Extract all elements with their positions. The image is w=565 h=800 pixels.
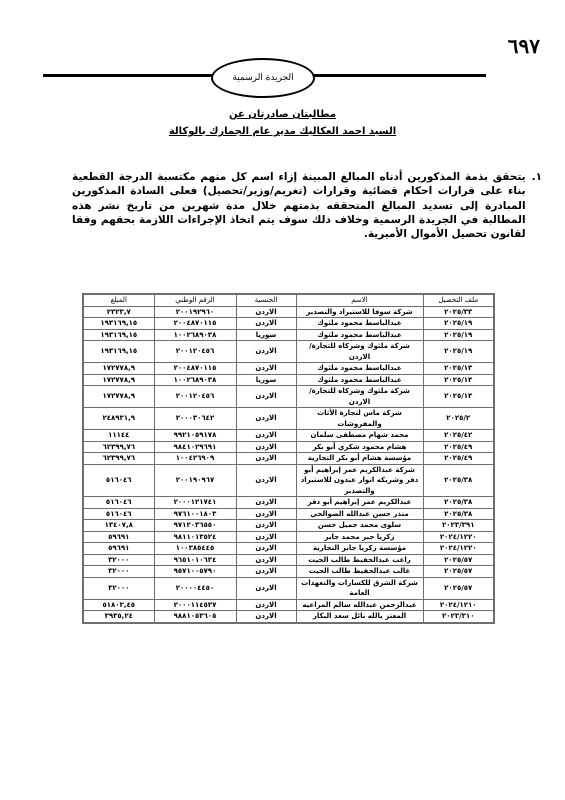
- cell-national-id: ٢٠٠١٢٠٤٥٦: [154, 386, 236, 408]
- cell-amount: ١١١٤٤: [83, 430, 154, 442]
- cell-name: محمد شهام مصطفى سلمان: [296, 430, 423, 442]
- table-row: ٢٠٢٤/١٢٢٠زكريا جبر محمد جابرالاردن٩٨١١٠١…: [83, 531, 494, 543]
- cell-amount: ١٩٣١٦٩,١٥: [83, 341, 154, 363]
- cell-nationality: الاردن: [236, 543, 296, 555]
- cell-nationality: الاردن: [236, 599, 296, 611]
- table-body: ٢٠٢٥/٣٣شركة سوفا للاستيراد والتصديرالارد…: [83, 306, 494, 623]
- cell-nationality: الاردن: [236, 408, 296, 430]
- notice-paragraph: ١. يتحقق بذمة المذكورين أدناه المبالغ ال…: [72, 170, 542, 241]
- cell-amount: ١٣٤٠٧,٨: [83, 520, 154, 532]
- cell-nationality: الاردن: [236, 341, 296, 363]
- cell-amount: ١٧٢٧٧٨,٩: [83, 374, 154, 386]
- cell-national-id: ٢٠٠٤٨٧٠١١٥: [154, 318, 236, 330]
- cell-national-id: ١٠٠٣٨٥٤٤٥: [154, 543, 236, 555]
- cell-national-id: ١٠٠٢٦٨٩٠٣٨: [154, 329, 236, 341]
- table-row: ٢٠٢٥/٣٨شركة عبدالكريم عمر إبراهيم أبو دق…: [83, 464, 494, 497]
- cell-name: شركة عبدالكريم عمر إبراهيم أبو دقر وشريك…: [296, 464, 423, 497]
- cell-amount: ٢٣٢٣,٧: [83, 306, 154, 318]
- cell-national-id: ٢٠٠١٩٢٩٦٠: [154, 306, 236, 318]
- cell-name: عبدالباسط محمود ملثوك: [296, 318, 423, 330]
- cell-nationality: الاردن: [236, 306, 296, 318]
- table-row: ٢٠٢٤/١٢١٠عبدالرحمن عبدالله سالم المراعيه…: [83, 599, 494, 611]
- header-name: الاسم: [296, 294, 423, 306]
- cell-amount: ١٧٢٧٧٨,٩: [83, 363, 154, 375]
- cell-national-id: ٢٠٠١٩٠٩٦٧: [154, 464, 236, 497]
- cell-nationality: الاردن: [236, 441, 296, 453]
- header-nationality: الجنسية: [236, 294, 296, 306]
- cell-name: مؤسسة زكريا جابر التجارية: [296, 543, 423, 555]
- cell-amount: ١٧٢٧٧٨,٩: [83, 386, 154, 408]
- cell-national-id: ١٠٠٢٦٨٩٠٣٨: [154, 374, 236, 386]
- cell-name: عبدالكريم عمر إبراهيم أبو دقر: [296, 497, 423, 509]
- cell-national-id: ٢٠٠١٢٠٤٥٦: [154, 341, 236, 363]
- cell-nationality: الاردن: [236, 453, 296, 465]
- table-row: ٢٠٢٥/٥٧راغب عبدالحفيظ طالب الحيتالاردن٩٦…: [83, 554, 494, 566]
- cell-name: مؤسسة هشام أبو بكر التجارية: [296, 453, 423, 465]
- cell-name: عبدالرحمن عبدالله سالم المراعيه: [296, 599, 423, 611]
- cell-amount: ٣٢٠٠٠: [83, 554, 154, 566]
- table-row: ٢٠٢٥/٣٨عبدالكريم عمر إبراهيم أبو دقرالار…: [83, 497, 494, 509]
- table-row: ٢٠٢٥/١٩عبدالباسط محمود ملثوكالاردن٢٠٠٤٨٧…: [83, 318, 494, 330]
- table-row: ٢٠٢٥/٥٧غالب عبدالحفيظ طالب الحيتالاردن٩٥…: [83, 566, 494, 578]
- cell-file: ٢٠٢٥/١٩: [423, 341, 494, 363]
- cell-name: عبدالباسط محمود ملثوك: [296, 329, 423, 341]
- cell-name: منذر حسن عبدالله الصوالحي: [296, 508, 423, 520]
- table-row: ٢٠٢٥/٤٩مؤسسة هشام أبو بكر التجاريةالاردن…: [83, 453, 494, 465]
- table-row: ٢٠٢٥/٤٩هشام محمود شكري أبو بكرالاردن٩٨٤١…: [83, 441, 494, 453]
- cell-file: ٢٠٢٥/٤٢: [423, 430, 494, 442]
- table-row: ٢٠٢٥/٤٢محمد شهام مصطفى سلمانالاردن٩٩٢١٠٥…: [83, 430, 494, 442]
- notice-number: ١.: [532, 170, 542, 241]
- header-file: ملف التحصيل: [423, 294, 494, 306]
- cell-file: ٢٠٢٤/١٢١٠: [423, 599, 494, 611]
- claims-table: ملف التحصيل الاسم الجنسية الرقم الوطني ا…: [82, 293, 495, 624]
- gazette-label-oval: الجريدة الرسمية: [211, 58, 315, 98]
- cell-name: زكريا جبر محمد جابر: [296, 531, 423, 543]
- cell-national-id: ١٠٠٤٢٦٩٠٩: [154, 453, 236, 465]
- cell-name: هشام محمود شكري أبو بكر: [296, 441, 423, 453]
- cell-file: ٢٠٢٥/٣٣: [423, 306, 494, 318]
- notice-issuer: السيد احمد العكاليك مدير عام الجمارك بال…: [0, 126, 565, 137]
- table-row: ٢٠٢٥/٣٨منذر حسن عبدالله الصوالحيالاردن٩٧…: [83, 508, 494, 520]
- cell-name: شركة ملثوك وشركاه للتجارة/ الاردن: [296, 386, 423, 408]
- table-row: ٢٠٢٣/٣١٠المعتز بالله نائل سعد البكارالار…: [83, 611, 494, 623]
- cell-nationality: الاردن: [236, 386, 296, 408]
- cell-name: غالب عبدالحفيظ طالب الحيت: [296, 566, 423, 578]
- cell-file: ٢٠٢٥/٥٧: [423, 577, 494, 599]
- cell-amount: ٥١٦٠٤٦: [83, 497, 154, 509]
- table-row: ٢٠٢٥/١٩شركة ملثوك وشركاه للتجارة/ الاردن…: [83, 341, 494, 363]
- cell-file: ٢٠٢٥/٣٨: [423, 508, 494, 520]
- cell-amount: ٣٩٣٥,٢٤: [83, 611, 154, 623]
- table-row: ٢٠٢٥/١٩عبدالباسط محمود ملثوكسوريا١٠٠٢٦٨٩…: [83, 329, 494, 341]
- cell-file: ٢٠٢٥/١٩: [423, 318, 494, 330]
- cell-national-id: ٩٧٦١٠٠١٨٠٣: [154, 508, 236, 520]
- cell-nationality: الاردن: [236, 508, 296, 520]
- cell-national-id: ٩٨٨١٠٥٣٦٠٥: [154, 611, 236, 623]
- cell-national-id: ٩٦٥١٠١٠٦٣٤: [154, 554, 236, 566]
- cell-name: شركة سوفا للاستيراد والتصدير: [296, 306, 423, 318]
- cell-national-id: ٩٩٢١٠٥٩١٧٨: [154, 430, 236, 442]
- notice-title: مطالبتان صادرتان عن: [0, 109, 565, 120]
- cell-file: ٢٠٢٥/١٣: [423, 386, 494, 408]
- page-number: ٦٩٧: [470, 34, 540, 58]
- cell-national-id: ٢٠٠٠١١٤٥٣٧: [154, 599, 236, 611]
- cell-file: ٢٠٢٤/١٢٢٠: [423, 531, 494, 543]
- cell-file: ٢٠٢٣/٣١٠: [423, 611, 494, 623]
- table-row: ٢٠٢٥/١٣شركة ملثوك وشركاه للتجارة/ الاردن…: [83, 386, 494, 408]
- gazette-label: الجريدة الرسمية: [232, 73, 293, 83]
- cell-nationality: الاردن: [236, 611, 296, 623]
- cell-amount: ٦٢٣٩٩,٧٦: [83, 441, 154, 453]
- cell-nationality: الاردن: [236, 318, 296, 330]
- cell-amount: ١٩٣١٦٩,١٥: [83, 329, 154, 341]
- cell-file: ٢٠٢٥/١٣: [423, 363, 494, 375]
- cell-name: شركة الشرق للكسارات والتعهدات العامة: [296, 577, 423, 599]
- cell-amount: ٥٩٦٩١: [83, 543, 154, 555]
- cell-nationality: الاردن: [236, 577, 296, 599]
- cell-name: سلوى محمد جميل حسن: [296, 520, 423, 532]
- cell-national-id: ٢٠٠٠١٢١٧٤١: [154, 497, 236, 509]
- cell-amount: ٥١٦٠٤٦: [83, 464, 154, 497]
- cell-file: ٢٠٢٥/٤٩: [423, 453, 494, 465]
- cell-name: عبدالباسط محمود ملثوك: [296, 374, 423, 386]
- cell-name: راغب عبدالحفيظ طالب الحيت: [296, 554, 423, 566]
- cell-national-id: ٢٠٠٠٣٠٦٤٢: [154, 408, 236, 430]
- cell-file: ٢٠٢٥/٣٨: [423, 464, 494, 497]
- cell-name: شركة ملثوك وشركاه للتجارة/ الاردن: [296, 341, 423, 363]
- cell-file: ٢٠٢٥/٢: [423, 408, 494, 430]
- cell-file: ٢٠٢٥/٥٧: [423, 566, 494, 578]
- cell-file: ٢٠٢٥/٤٩: [423, 441, 494, 453]
- cell-file: ٢٠٢٥/١٣: [423, 374, 494, 386]
- cell-amount: ٥١٨٠٣,٤٥: [83, 599, 154, 611]
- header-amount: المبلغ: [83, 294, 154, 306]
- cell-nationality: سوريا: [236, 329, 296, 341]
- cell-nationality: الاردن: [236, 497, 296, 509]
- cell-national-id: ٩٨١١٠١٣٥٢٤: [154, 531, 236, 543]
- cell-national-id: ٢٠٠٠٠٤٤٥٠: [154, 577, 236, 599]
- cell-amount: ٣٢٠٠٠: [83, 566, 154, 578]
- cell-nationality: الاردن: [236, 363, 296, 375]
- cell-file: ٢٠٢٥/٥٧: [423, 554, 494, 566]
- cell-national-id: ٩٨٤١٠٢٩٦٩١: [154, 441, 236, 453]
- cell-file: ٢٠٢٣/٣٩١: [423, 520, 494, 532]
- cell-name: عبدالباسط محمود ملثوك: [296, 363, 423, 375]
- table-row: ٢٠٢٥/٢شركة ماس لتجارة الأثاث والمفروشاتا…: [83, 408, 494, 430]
- cell-file: ٢٠٢٥/٣٨: [423, 497, 494, 509]
- cell-amount: ٦٢٣٩٩,٧٦: [83, 453, 154, 465]
- table-header-row: ملف التحصيل الاسم الجنسية الرقم الوطني ا…: [83, 294, 494, 306]
- table-row: ٢٠٢٥/١٣عبدالباسط محمود ملثوكالاردن٢٠٠٤٨٧…: [83, 363, 494, 375]
- cell-national-id: ٩٥٧١٠٠٥٧٩٠: [154, 566, 236, 578]
- table-row: ٢٠٢٣/٣٩١سلوى محمد جميل حسنالاردن٩٧١٢٠٣٦٥…: [83, 520, 494, 532]
- cell-amount: ٥١٦٠٤٦: [83, 508, 154, 520]
- cell-amount: ٥٩٦٩١: [83, 531, 154, 543]
- cell-nationality: الاردن: [236, 430, 296, 442]
- cell-nationality: الاردن: [236, 464, 296, 497]
- cell-national-id: ٩٧١٢٠٣٦٥٥٠: [154, 520, 236, 532]
- cell-national-id: ٢٠٠٤٨٧٠١١٥: [154, 363, 236, 375]
- table-row: ٢٠٢٤/١٢٢٠مؤسسة زكريا جابر التجاريةالاردن…: [83, 543, 494, 555]
- table-row: ٢٠٢٥/١٣عبدالباسط محمود ملثوكسوريا١٠٠٢٦٨٩…: [83, 374, 494, 386]
- table-row: ٢٠٢٥/٥٧شركة الشرق للكسارات والتعهدات الع…: [83, 577, 494, 599]
- notice-text: يتحقق بذمة المذكورين أدناه المبالغ المبي…: [72, 170, 526, 241]
- cell-nationality: سوريا: [236, 374, 296, 386]
- cell-file: ٢٠٢٥/١٩: [423, 329, 494, 341]
- cell-amount: ٢٤٨٩٣١,٩: [83, 408, 154, 430]
- cell-nationality: الاردن: [236, 531, 296, 543]
- cell-name: المعتز بالله نائل سعد البكار: [296, 611, 423, 623]
- cell-nationality: الاردن: [236, 520, 296, 532]
- cell-file: ٢٠٢٤/١٢٢٠: [423, 543, 494, 555]
- cell-amount: ٣٢٠٠٠: [83, 577, 154, 599]
- cell-name: شركة ماس لتجارة الأثاث والمفروشات: [296, 408, 423, 430]
- table-row: ٢٠٢٥/٣٣شركة سوفا للاستيراد والتصديرالارد…: [83, 306, 494, 318]
- cell-amount: ١٩٣١٦٩,١٥: [83, 318, 154, 330]
- header-national-id: الرقم الوطني: [154, 294, 236, 306]
- cell-nationality: الاردن: [236, 566, 296, 578]
- cell-nationality: الاردن: [236, 554, 296, 566]
